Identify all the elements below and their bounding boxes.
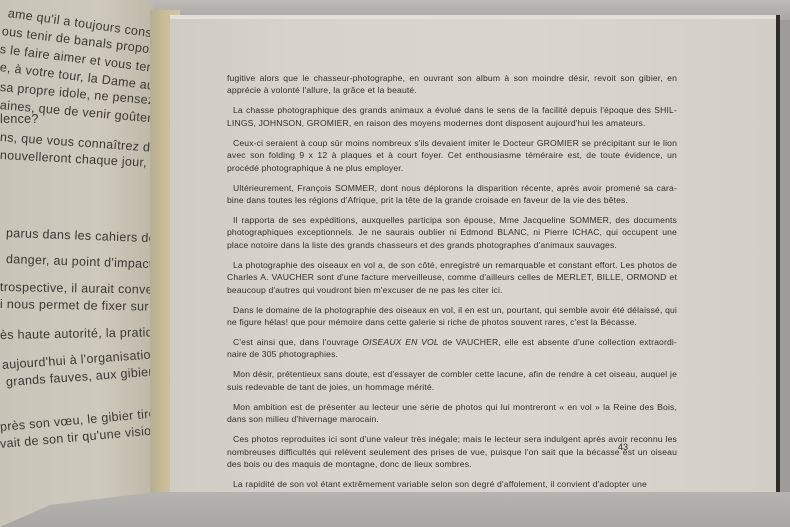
left-page-line: lence?: [0, 112, 39, 126]
paragraph: fugitive alors que le chasseur-photograp…: [227, 72, 677, 97]
left-page-line: ès haute autorité, la pratique: [0, 325, 165, 342]
right-page: fugitive alors que le chasseur-photograp…: [170, 15, 780, 496]
left-page-line: danger, au point d'impact, sur: [6, 252, 165, 272]
paragraph: Dans le domaine de la photographie des o…: [227, 304, 677, 329]
paragraph: Ces photos reproduites ici sont d'une va…: [227, 433, 677, 470]
paragraph: Mon désir, prétentieux sans doute, est d…: [227, 368, 677, 393]
left-page-line: i nous permet de fixer sur la: [0, 297, 163, 314]
paragraph: La chasse photographique des grands anim…: [227, 104, 677, 129]
page-number: 43: [618, 442, 628, 452]
paragraph: La rapidité de son vol étant extrêmement…: [227, 478, 677, 490]
paragraph: Ceux-ci seraient à coup sûr moins nombre…: [227, 137, 677, 174]
right-page-body: fugitive alors que le chasseur-photograp…: [227, 72, 677, 498]
left-page: ame qu'il a toujours considéréous tenir …: [0, 0, 165, 527]
paragraph: La photographie des oiseaux en vol a, de…: [227, 259, 677, 296]
paragraph-text: C'est ainsi que, dans l'ouvrage: [233, 337, 362, 347]
paragraph: Ultérieurement, François SOMMER, dont no…: [227, 182, 677, 207]
paragraph: C'est ainsi que, dans l'ouvrage OISEAUX …: [227, 336, 677, 361]
book-title-italic: OISEAUX EN VOL: [362, 337, 438, 347]
left-page-line: parus dans les cahiers de la: [6, 226, 165, 246]
paragraph: Il rapporta de ses expéditions, auxquell…: [227, 214, 677, 251]
paragraph: Mon ambition est de présenter au lecteur…: [227, 401, 677, 426]
left-page-line: trospective, il aurait convenu: [0, 280, 165, 297]
